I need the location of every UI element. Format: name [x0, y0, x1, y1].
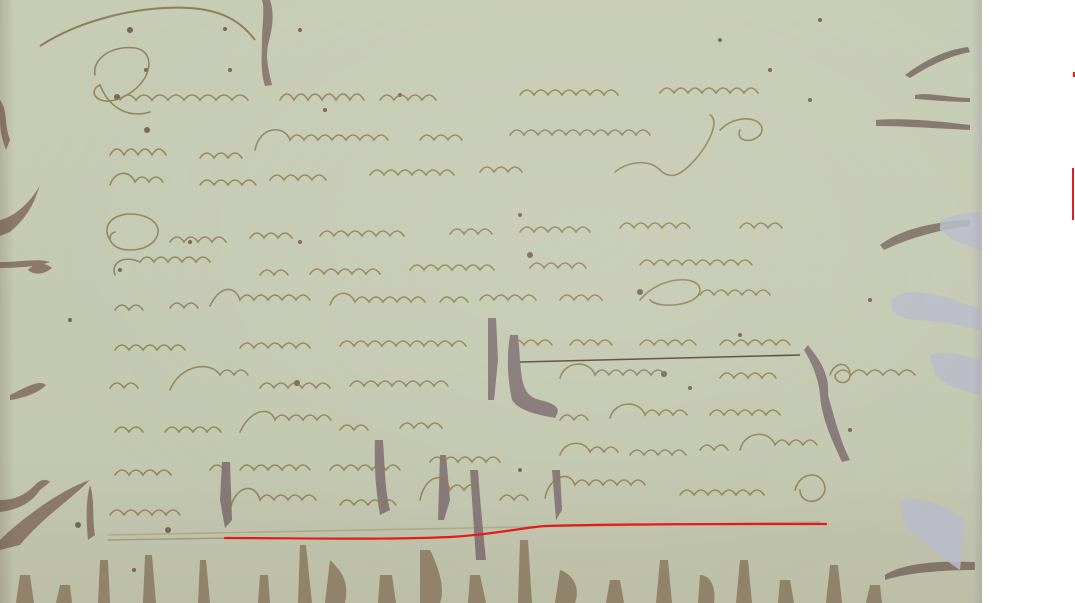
red-underline-annotation — [225, 524, 826, 539]
annotation-layer — [0, 0, 1075, 603]
red-bracket-mark — [1072, 168, 1074, 220]
